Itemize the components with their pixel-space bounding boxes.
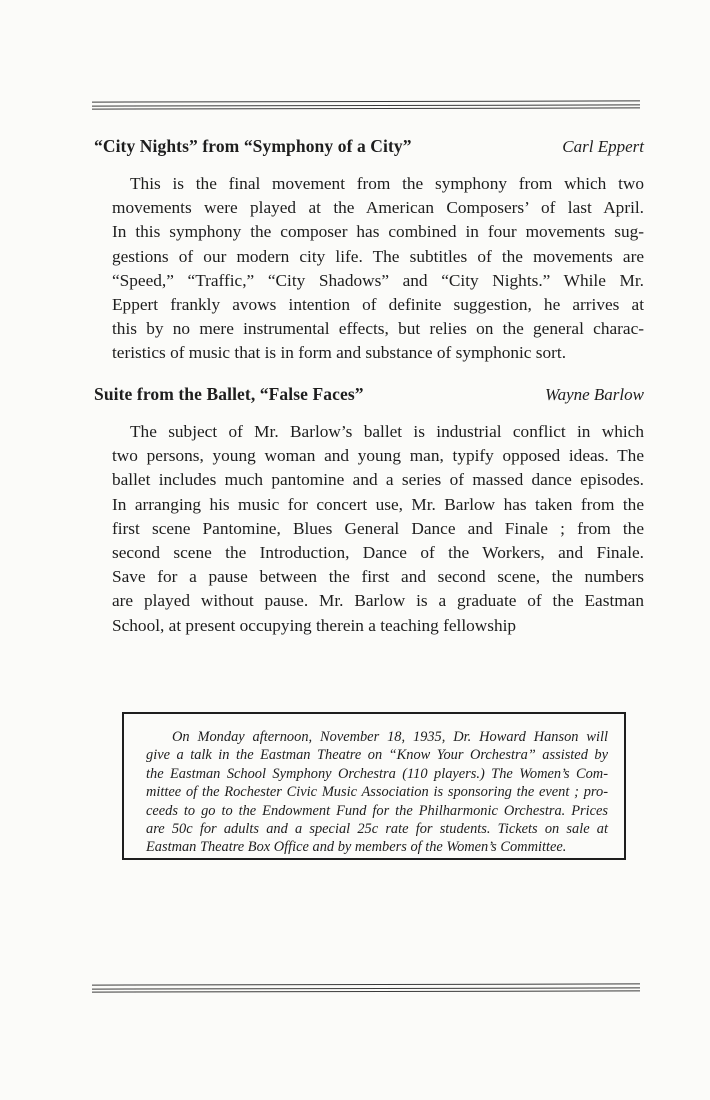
paragraph-line: gestions of our modern city life. The su… — [112, 245, 644, 269]
paragraph-line: In arranging his music for concert use, … — [112, 493, 644, 517]
paragraph-line: Eppert frankly avows intention of defini… — [112, 293, 644, 317]
paragraph-line: movements were played at the American Co… — [112, 196, 644, 220]
notice-line: the Eastman School Symphony Orchestra (1… — [146, 765, 608, 783]
paragraph-line: are played without pause. Mr. Barlow is … — [112, 589, 644, 613]
paragraph-line: this by no mere instrumental effects, bu… — [112, 317, 644, 341]
notice-line: On Monday afternoon, November 18, 1935, … — [146, 728, 608, 746]
section-paragraph-false-faces: The subject of Mr. Barlow’s ballet is in… — [112, 420, 644, 638]
paragraph-line: The subject of Mr. Barlow’s ballet is in… — [112, 420, 644, 444]
paragraph-line: “Speed,” “Traffic,” “City Shadows” and “… — [112, 269, 644, 293]
section-heading-city-nights: “City Nights” from “Symphony of a City” … — [94, 136, 644, 157]
notice-line: ceeds to go to the Endowment Fund for th… — [146, 802, 608, 820]
paragraph-line: second scene the Introduction, Dance of … — [112, 541, 644, 565]
notice-line: give a talk in the Eastman Theatre on “K… — [146, 746, 608, 764]
paragraph-line: In this symphony the composer has combin… — [112, 220, 644, 244]
section-heading-false-faces: Suite from the Ballet, “False Faces” Way… — [94, 384, 644, 405]
rule-line — [92, 990, 640, 992]
top-triple-rule — [92, 100, 640, 110]
paragraph-line: This is the final movement from the symp… — [112, 172, 644, 196]
notice-line: Eastman Theatre Box Office and by member… — [146, 838, 608, 856]
rule-line — [92, 104, 640, 106]
section-paragraph-city-nights: This is the final movement from the symp… — [112, 172, 644, 366]
notice-line: are 50c for adults and a special 25c rat… — [146, 820, 608, 838]
paragraph-line: first scene Pantomine, Blues General Dan… — [112, 517, 644, 541]
bottom-triple-rule — [92, 983, 640, 993]
composer-name: Wayne Barlow — [545, 385, 644, 405]
rule-line — [92, 100, 640, 102]
concert-notice-box: On Monday afternoon, November 18, 1935, … — [122, 712, 626, 860]
piece-title: Suite from the Ballet, “False Faces” — [94, 384, 364, 405]
rule-line — [92, 983, 640, 985]
paragraph-line: ballet includes much pantomine and a ser… — [112, 468, 644, 492]
notice-line: mittee of the Rochester Civic Music Asso… — [146, 783, 608, 801]
paragraph-line: teristics of music that is in form and s… — [112, 341, 644, 365]
paragraph-line: Save for a pause between the first and s… — [112, 565, 644, 589]
composer-name: Carl Eppert — [562, 137, 644, 157]
piece-title: “City Nights” from “Symphony of a City” — [94, 136, 412, 157]
paragraph-line: two persons, young woman and young man, … — [112, 444, 644, 468]
rule-line — [92, 107, 640, 109]
paragraph-line: School, at present occupying therein a t… — [112, 614, 644, 638]
rule-line — [92, 987, 640, 989]
